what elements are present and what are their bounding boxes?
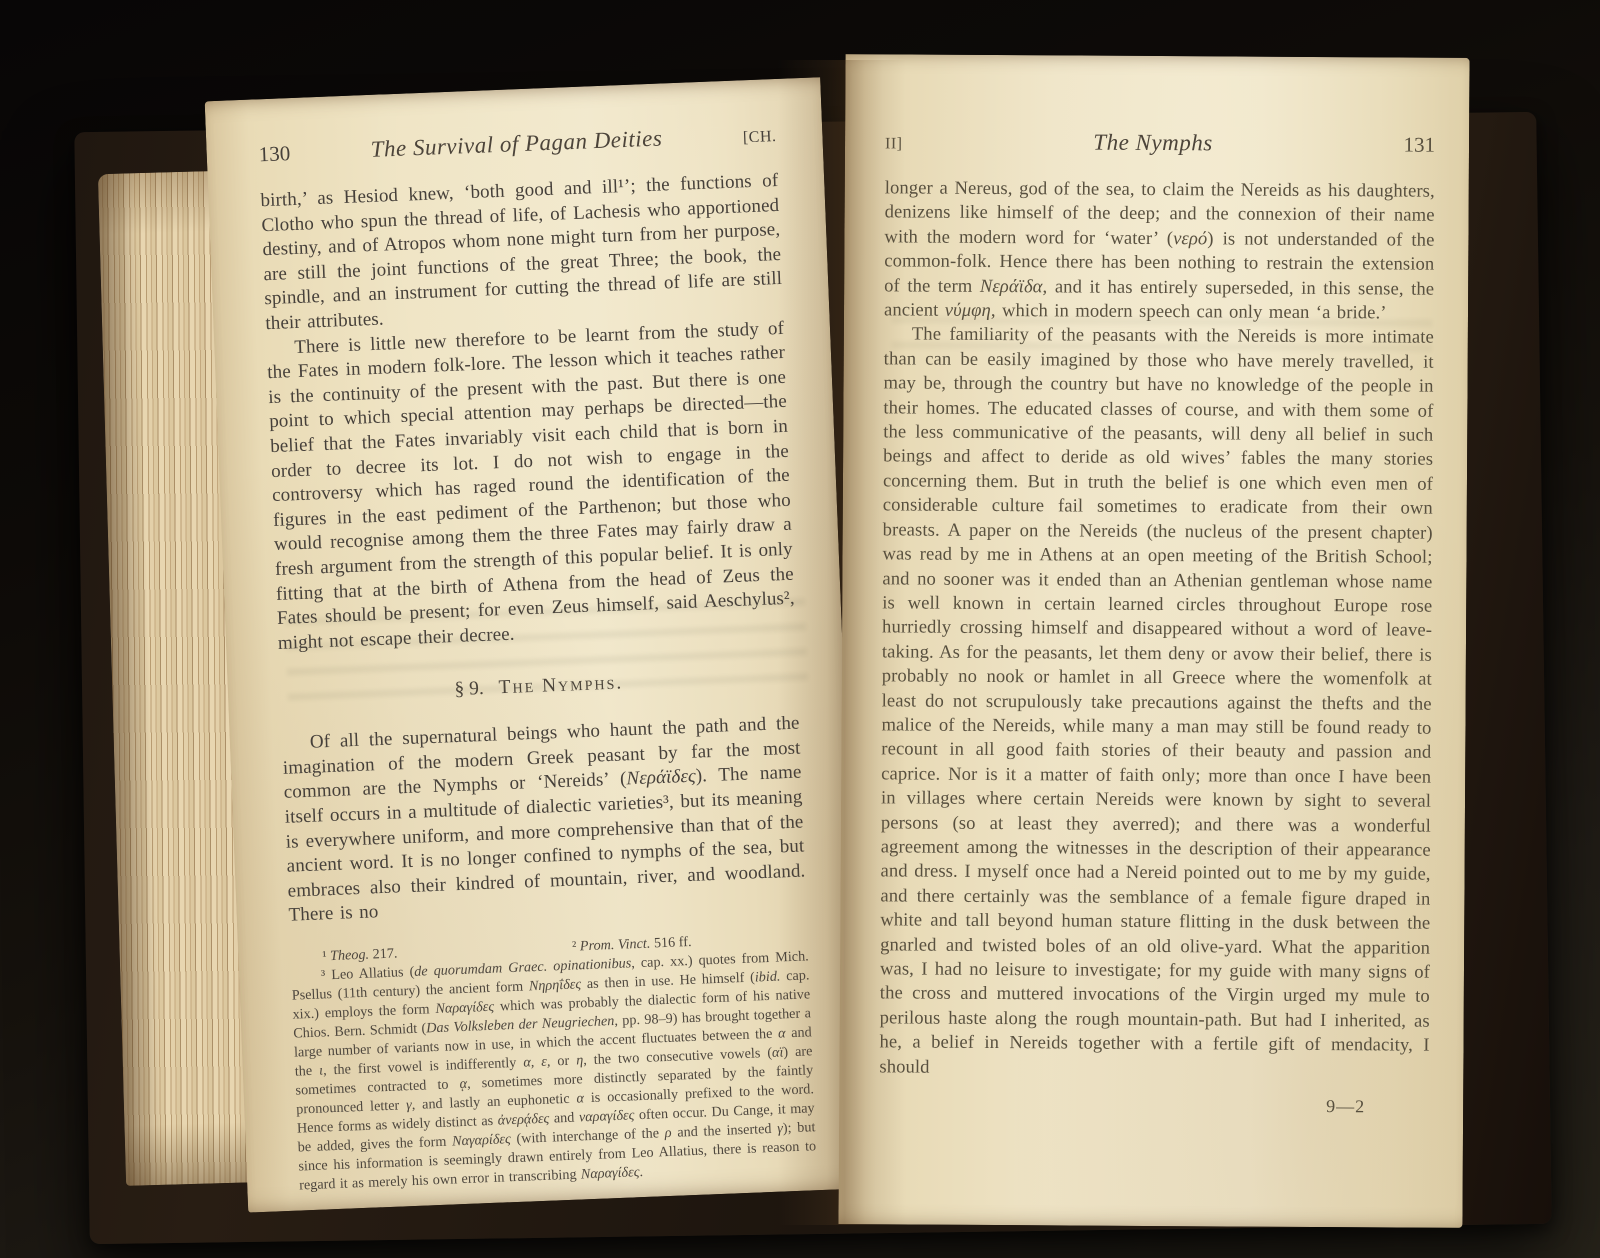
left-page-header: 130 The Survival of Pagan Deities [CH. [258,121,777,167]
photo-background: 130 The Survival of Pagan Deities [CH. b… [0,0,1600,1258]
paragraph: There is little new therefore to be lear… [266,316,796,656]
right-page: II] The Nymphs 131 longer a Nereus, god … [838,54,1469,1228]
left-page: 130 The Survival of Pagan Deities [CH. b… [205,77,864,1212]
left-page-number: 130 [258,141,290,167]
right-running-title: The Nymphs [902,128,1403,157]
right-page-header: II] The Nymphs 131 [885,128,1435,157]
section-number: § 9. [454,678,484,700]
section-heading: § 9. The Nymphs. [280,666,798,708]
paragraph-continuation: birth,’ as Hesiod knew, ‘both good and i… [260,169,783,337]
paragraph-continuation: longer a Nereus, god of the sea, to clai… [884,176,1435,326]
section-title: The Nymphs. [498,673,623,699]
signature-mark: 9—2 [879,1093,1365,1117]
left-running-title: The Survival of Pagan Deities [290,122,744,166]
footnotes: ¹ Theog. 217. ² Prom. Vinct. 516 ff. ³ L… [290,928,817,1195]
footnote-3: ³ Leo Allatius (de quorumdam Graec. opin… [291,947,818,1195]
paragraph: Of all the supernatural beings who haunt… [281,712,806,929]
left-chapter-mark: [CH. [743,128,777,147]
right-page-number: 131 [1403,133,1435,158]
right-chapter-mark: II] [885,135,903,153]
paragraph: The familiarity of the peasants with the… [879,323,1434,1083]
